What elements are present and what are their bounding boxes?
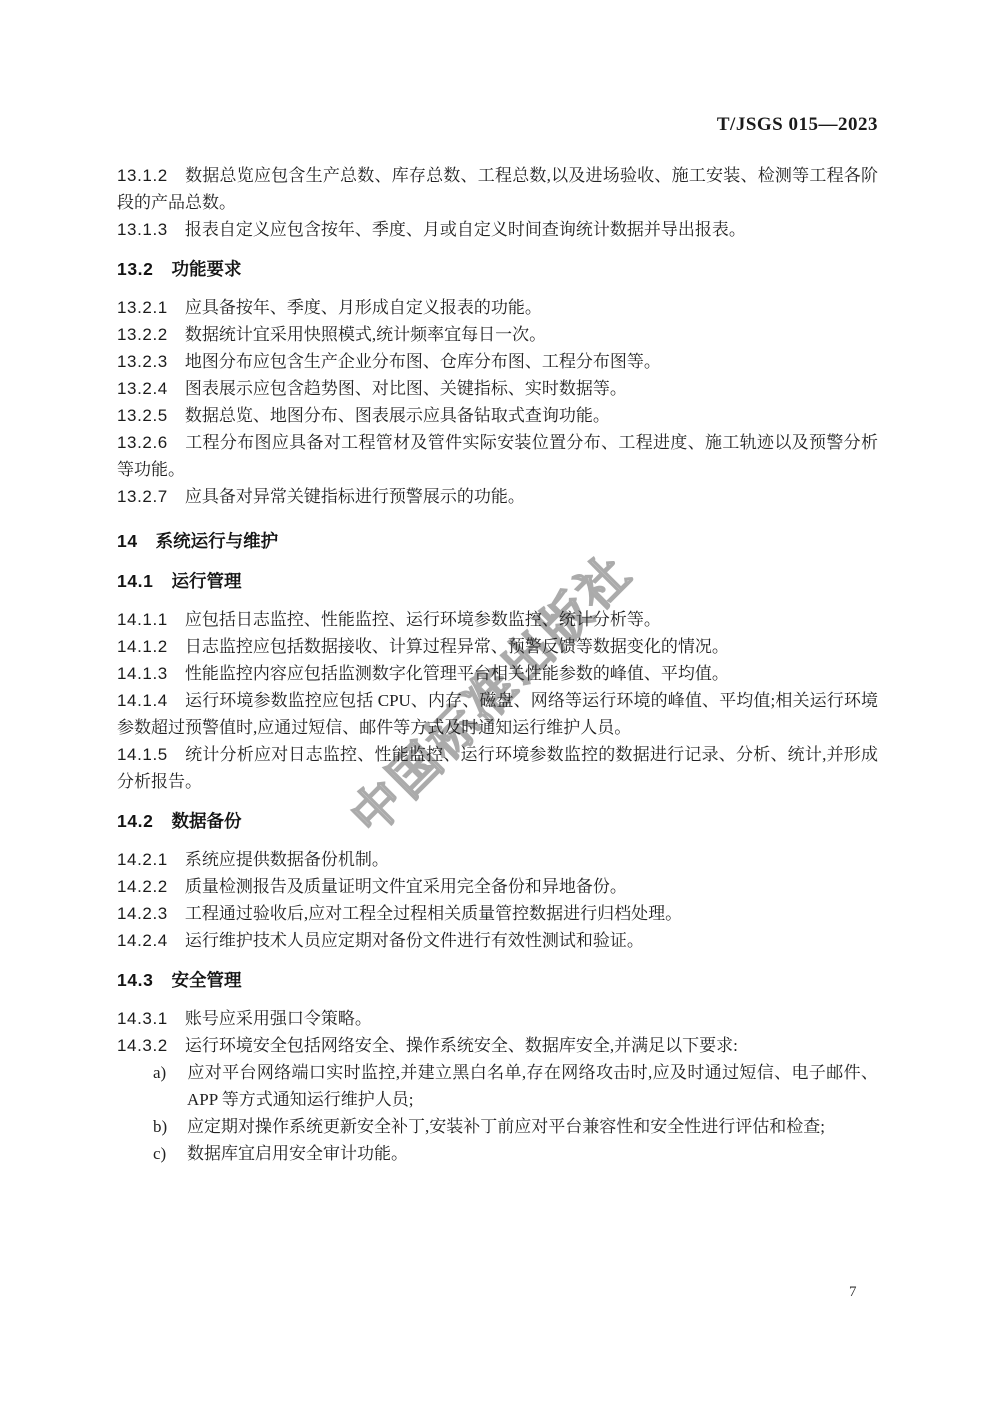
list-marker: c)	[153, 1140, 187, 1167]
section-heading-14-3: 14.3安全管理	[117, 967, 878, 994]
clause-number: 13.2.6	[117, 433, 168, 452]
clause-14-3-1: 14.3.1账号应采用强口令策略。	[117, 1005, 878, 1032]
section-number: 14.3	[117, 970, 153, 990]
clause-text: 数据总览应包含生产总数、库存总数、工程总数,以及进场验收、施工安装、检测等工程各…	[117, 166, 878, 212]
clause-13-2-6: 13.2.6工程分布图应具备对工程管材及管件实际安装位置分布、工程进度、施工轨迹…	[117, 429, 878, 483]
clause-number: 13.2.3	[117, 352, 168, 371]
section-title: 数据备份	[171, 811, 241, 831]
clause-text: 统计分析应对日志监控、性能监控、运行环境参数监控的数据进行记录、分析、统计,并形…	[117, 745, 878, 791]
clause-text: 日志监控应包括数据接收、计算过程异常、预警反馈等数据变化的情况。	[185, 637, 729, 656]
clause-text: 图表展示应包含趋势图、对比图、关键指标、实时数据等。	[185, 379, 627, 398]
clause-14-1-1: 14.1.1应包括日志监控、性能监控、运行环境参数监控、统计分析等。	[117, 606, 878, 633]
clause-14-1-2: 14.1.2日志监控应包括数据接收、计算过程异常、预警反馈等数据变化的情况。	[117, 633, 878, 660]
page-number: 7	[849, 1284, 857, 1301]
list-item-c: c)数据库宜启用安全审计功能。	[117, 1140, 878, 1167]
clause-text: 数据统计宜采用快照模式,统计频率宜每日一次。	[185, 325, 546, 344]
section-number: 14.2	[117, 811, 153, 831]
section-title: 运行管理	[171, 571, 241, 591]
clause-number: 13.2.4	[117, 379, 168, 398]
clause-14-2-2: 14.2.2质量检测报告及质量证明文件宜采用完全备份和异地备份。	[117, 873, 878, 900]
clause-number: 13.2.7	[117, 487, 168, 506]
clause-text: 系统应提供数据备份机制。	[185, 850, 389, 869]
clause-number: 14.1.4	[117, 691, 168, 710]
clause-13-2-1: 13.2.1应具备按年、季度、月形成自定义报表的功能。	[117, 294, 878, 321]
clause-13-2-3: 13.2.3地图分布应包含生产企业分布图、仓库分布图、工程分布图等。	[117, 348, 878, 375]
chapter-number: 14	[117, 531, 138, 551]
clause-text: 工程分布图应具备对工程管材及管件实际安装位置分布、工程进度、施工轨迹以及预警分析…	[117, 433, 878, 479]
clause-13-1-3: 13.1.3报表自定义应包含按年、季度、月或自定义时间查询统计数据并导出报表。	[117, 216, 878, 243]
section-title: 安全管理	[171, 970, 241, 990]
page-content: T/JSGS 015—2023 13.1.2数据总览应包含生产总数、库存总数、工…	[117, 0, 878, 1167]
clause-number: 14.2.1	[117, 850, 168, 869]
clause-13-2-2: 13.2.2数据统计宜采用快照模式,统计频率宜每日一次。	[117, 321, 878, 348]
list-item-b: b)应定期对操作系统更新安全补丁,安装补丁前应对平台兼容性和安全性进行评估和检查…	[117, 1113, 878, 1140]
list-item-text: 应对平台网络端口实时监控,并建立黑白名单,存在网络攻击时,应及时通过短信、电子邮…	[187, 1063, 878, 1109]
clause-14-2-4: 14.2.4运行维护技术人员应定期对备份文件进行有效性测试和验证。	[117, 927, 878, 954]
section-number: 14.1	[117, 571, 153, 591]
clause-text: 报表自定义应包含按年、季度、月或自定义时间查询统计数据并导出报表。	[185, 220, 746, 239]
section-title: 功能要求	[171, 259, 241, 279]
clause-number: 14.1.5	[117, 745, 168, 764]
clause-number: 14.1.3	[117, 664, 168, 683]
section-number: 13.2	[117, 259, 153, 279]
clause-text: 运行环境参数监控应包括 CPU、内存、磁盘、网络等运行环境的峰值、平均值;相关运…	[117, 691, 878, 737]
clause-13-2-7: 13.2.7应具备对异常关键指标进行预警展示的功能。	[117, 483, 878, 510]
clause-number: 14.2.3	[117, 904, 168, 923]
clause-number: 13.2.5	[117, 406, 168, 425]
clause-14-1-4: 14.1.4运行环境参数监控应包括 CPU、内存、磁盘、网络等运行环境的峰值、平…	[117, 687, 878, 741]
chapter-title: 系统运行与维护	[156, 531, 279, 551]
clause-text: 应具备对异常关键指标进行预警展示的功能。	[185, 487, 525, 506]
standard-number-header: T/JSGS 015—2023	[117, 114, 878, 136]
clause-text: 账号应采用强口令策略。	[185, 1009, 372, 1028]
clause-13-1-2: 13.1.2数据总览应包含生产总数、库存总数、工程总数,以及进场验收、施工安装、…	[117, 162, 878, 216]
clause-14-2-3: 14.2.3工程通过验收后,应对工程全过程相关质量管控数据进行归档处理。	[117, 900, 878, 927]
clause-text: 应具备按年、季度、月形成自定义报表的功能。	[185, 298, 542, 317]
clause-number: 14.2.4	[117, 931, 168, 950]
list-item-a: a)应对平台网络端口实时监控,并建立黑白名单,存在网络攻击时,应及时通过短信、电…	[117, 1059, 878, 1113]
section-heading-14-2: 14.2数据备份	[117, 808, 878, 835]
clause-number: 13.2.1	[117, 298, 168, 317]
section-heading-13-2: 13.2功能要求	[117, 256, 878, 283]
clause-text: 应包括日志监控、性能监控、运行环境参数监控、统计分析等。	[185, 610, 661, 629]
list-marker: a)	[153, 1059, 187, 1086]
list-item-text: 数据库宜启用安全审计功能。	[187, 1144, 408, 1163]
clause-number: 14.1.1	[117, 610, 168, 629]
clause-number: 13.2.2	[117, 325, 168, 344]
clause-number: 14.3.1	[117, 1009, 168, 1028]
clause-14-2-1: 14.2.1系统应提供数据备份机制。	[117, 846, 878, 873]
clause-14-1-5: 14.1.5统计分析应对日志监控、性能监控、运行环境参数监控的数据进行记录、分析…	[117, 741, 878, 795]
document-page: 中国标准出版社 T/JSGS 015—2023 13.1.2数据总览应包含生产总…	[0, 0, 992, 1403]
clause-14-3-2: 14.3.2运行环境安全包括网络安全、操作系统安全、数据库安全,并满足以下要求:	[117, 1032, 878, 1059]
clause-14-1-3: 14.1.3性能监控内容应包括监测数字化管理平台相关性能参数的峰值、平均值。	[117, 660, 878, 687]
clause-text: 质量检测报告及质量证明文件宜采用完全备份和异地备份。	[185, 877, 627, 896]
clause-13-2-5: 13.2.5数据总览、地图分布、图表展示应具备钻取式查询功能。	[117, 402, 878, 429]
clause-text: 性能监控内容应包括监测数字化管理平台相关性能参数的峰值、平均值。	[185, 664, 729, 683]
clause-text: 数据总览、地图分布、图表展示应具备钻取式查询功能。	[185, 406, 610, 425]
clause-text: 运行维护技术人员应定期对备份文件进行有效性测试和验证。	[185, 931, 644, 950]
clause-text: 运行环境安全包括网络安全、操作系统安全、数据库安全,并满足以下要求:	[185, 1036, 738, 1055]
list-marker: b)	[153, 1113, 187, 1140]
clause-text: 地图分布应包含生产企业分布图、仓库分布图、工程分布图等。	[185, 352, 661, 371]
clause-13-2-4: 13.2.4图表展示应包含趋势图、对比图、关键指标、实时数据等。	[117, 375, 878, 402]
section-heading-14-1: 14.1运行管理	[117, 568, 878, 595]
clause-number: 13.1.2	[117, 166, 168, 185]
clause-text: 工程通过验收后,应对工程全过程相关质量管控数据进行归档处理。	[185, 904, 682, 923]
clause-number: 14.2.2	[117, 877, 168, 896]
chapter-heading-14: 14系统运行与维护	[117, 528, 878, 555]
clause-number: 13.1.3	[117, 220, 168, 239]
clause-number: 14.1.2	[117, 637, 168, 656]
clause-number: 14.3.2	[117, 1036, 168, 1055]
list-item-text: 应定期对操作系统更新安全补丁,安装补丁前应对平台兼容性和安全性进行评估和检查;	[187, 1117, 825, 1136]
